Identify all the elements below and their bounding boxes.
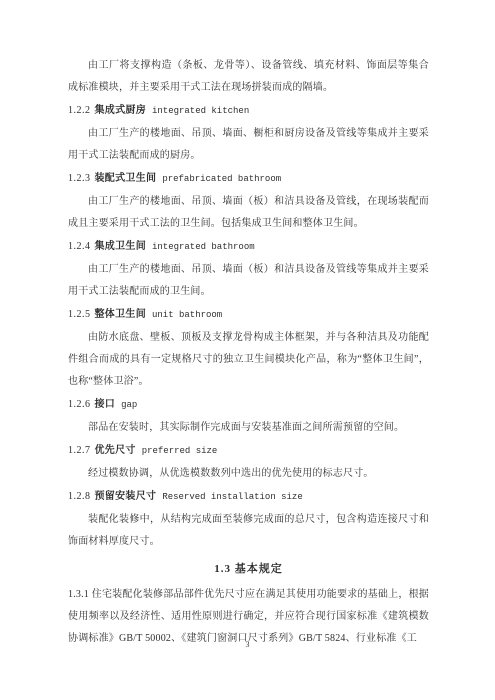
clause-number: 1.2.6	[68, 399, 91, 410]
term-zh: 接口	[95, 399, 116, 410]
paragraph-preferred-size: 经过模数协调，从优选模数数列中选出的优先使用的标志尺寸。	[68, 463, 429, 485]
page-content: 由工厂将支撑构造（条板、龙骨等）、设备管线、填充材料、饰面层等集合成标准模块，并…	[68, 55, 429, 650]
term-heading-1-2-6: 1.2.6接口gap	[68, 394, 429, 416]
term-zh: 集成卫生间	[95, 241, 147, 252]
clause-number: 1.2.5	[68, 309, 91, 320]
term-heading-1-2-8: 1.2.8预留安装尺寸Reserved installation size	[68, 486, 429, 508]
paragraph-integrated-bathroom: 由工厂生产的楼地面、吊顶、墙面（板）和洁具设备及管线等集成并主要采用干式工法装配…	[68, 259, 429, 303]
term-heading-1-2-4: 1.2.4集成卫生间integrated bathroom	[68, 236, 429, 258]
term-en: unit bathroom	[152, 310, 222, 320]
term-en: Reserved installation size	[162, 492, 302, 502]
term-heading-1-2-5: 1.2.5整体卫生间unit bathroom	[68, 304, 429, 326]
paragraph-reserved-installation-size: 装配化装修中，从结构完成面至装修完成面的总尺寸，包含构造连接尺寸和饰面材料厚度尺…	[68, 509, 429, 553]
clause-number: 1.2.3	[68, 173, 91, 184]
term-en: prefabricated bathroom	[162, 174, 281, 184]
term-zh: 优先尺寸	[95, 445, 136, 456]
paragraph-partition-wall-continued: 由工厂将支撑构造（条板、龙骨等）、设备管线、填充材料、饰面层等集合成标准模块，并…	[68, 55, 429, 99]
paragraph-unit-bathroom: 由防水底盘、壁板、顶板及支撑龙骨构成主体框架，并与各种洁具及功能配件组合而成的具…	[68, 327, 429, 393]
document-page: 由工厂将支撑构造（条板、龙骨等）、设备管线、填充材料、饰面层等集合成标准模块，并…	[0, 0, 495, 700]
section-heading-basic-rules: 1.3 基本规定	[68, 558, 429, 580]
paragraph-integrated-kitchen: 由工厂生产的楼地面、吊顶、墙面、橱柜和厨房设备及管线等集成并主要采用干式工法装配…	[68, 123, 429, 167]
term-zh: 集成式厨房	[95, 105, 147, 116]
page-number: 3	[0, 640, 495, 649]
clause-number: 1.2.4	[68, 241, 91, 252]
term-zh: 预留安装尺寸	[95, 491, 157, 502]
term-en: gap	[121, 400, 137, 410]
paragraph-prefabricated-bathroom: 由工厂生产的楼地面、吊顶、墙面（板）和洁具设备及管线，在现场装配而成且主要采用干…	[68, 191, 429, 235]
term-en: integrated kitchen	[152, 106, 249, 116]
term-en: preferred size	[142, 446, 218, 456]
clause-number: 1.2.2	[68, 105, 91, 116]
term-heading-1-2-7: 1.2.7优先尺寸preferred size	[68, 440, 429, 462]
term-heading-1-2-2: 1.2.2集成式厨房integrated kitchen	[68, 100, 429, 122]
paragraph-gap: 部品在安装时，其实际制作完成面与安装基准面之间所需预留的空间。	[68, 417, 429, 439]
clause-number: 1.2.8	[68, 491, 91, 502]
clause-number: 1.2.7	[68, 445, 91, 456]
term-zh: 整体卫生间	[95, 309, 147, 320]
term-zh: 装配式卫生间	[95, 173, 157, 184]
term-heading-1-2-3: 1.2.3装配式卫生间prefabricated bathroom	[68, 168, 429, 190]
term-en: integrated bathroom	[152, 242, 255, 252]
